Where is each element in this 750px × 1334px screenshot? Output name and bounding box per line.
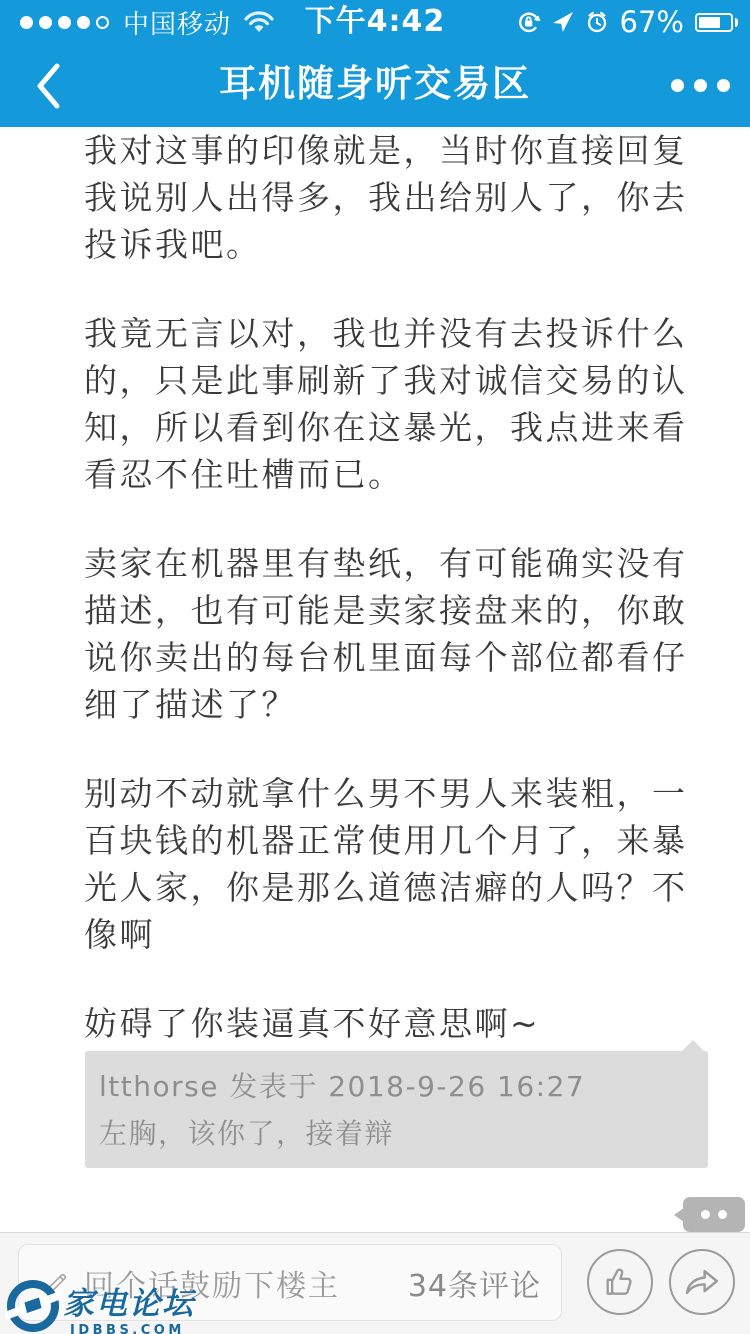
reply-input[interactable]: 回个话鼓励下楼主 34条评论 — [18, 1244, 562, 1321]
more-menu-button[interactable] — [661, 44, 730, 127]
post-paragraph: 卖家在机器里有垫纸，有可能确实没有描述，也有可能是卖家接盘来的，你敢说你卖出的每… — [84, 540, 694, 728]
like-button[interactable] — [587, 1249, 653, 1315]
quote-author-timestamp: ltthorse 发表于 2018-9-26 16:27 — [99, 1070, 698, 1104]
signal-dot-icon — [39, 16, 52, 29]
quoted-reply[interactable]: ltthorse 发表于 2018-9-26 16:27 左胸，该你了，接着辩 — [85, 1051, 708, 1168]
post-paragraph: 我对这事的印像就是，当时你直接回复我说别人出得多，我出给别人了，你去投诉我吧。 — [84, 127, 694, 268]
location-icon — [552, 11, 574, 33]
ellipsis-icon — [717, 79, 730, 92]
page-title: 耳机随身听交易区 — [0, 44, 750, 127]
wifi-icon — [243, 10, 275, 34]
quote-text: 左胸，该你了，接着辩 — [99, 1117, 698, 1151]
thumbs-up-icon — [600, 1262, 640, 1302]
status-left: 中国移动 — [20, 4, 275, 41]
bubble-dot-icon — [718, 1210, 727, 1219]
chevron-left-icon — [33, 61, 63, 111]
alarm-icon — [585, 10, 609, 34]
post-paragraph: 我竟无言以对，我也并没有去投诉什么的，只是此事刷新了我对诚信交易的认知，所以看到… — [84, 310, 694, 498]
bubble-dot-icon — [701, 1210, 710, 1219]
bottom-bar: 回个话鼓励下楼主 34条评论 — [0, 1232, 750, 1334]
battery-percent-label: 67% — [620, 5, 684, 39]
post-paragraph: 别动不动就拿什么男不男人来装粗，一百块钱的机器正常使用几个月了，来暴光人家，你是… — [84, 770, 694, 958]
status-bar: 中国移动 下午4:42 — [0, 0, 750, 44]
comment-count[interactable]: 34条评论 — [408, 1261, 541, 1305]
orientation-lock-icon — [516, 10, 541, 35]
quote-notch — [682, 1040, 704, 1051]
pencil-icon — [45, 1271, 69, 1295]
signal-dot-icon — [20, 16, 33, 29]
comment-bubble-button[interactable] — [683, 1197, 745, 1232]
app-screen: 中国移动 下午4:42 — [0, 0, 750, 1334]
signal-dot-icon — [58, 16, 71, 29]
ellipsis-icon — [694, 79, 707, 92]
carrier-label: 中国移动 — [123, 4, 231, 41]
back-button[interactable] — [26, 58, 70, 114]
share-arrow-icon — [681, 1261, 723, 1303]
nav-bar: 耳机随身听交易区 — [0, 44, 750, 127]
signal-dot-empty-icon — [96, 16, 109, 29]
share-button[interactable] — [669, 1249, 735, 1315]
battery-icon — [695, 13, 738, 32]
ellipsis-icon — [671, 79, 684, 92]
reply-placeholder: 回个话鼓励下楼主 — [84, 1261, 340, 1305]
post-paragraph: 妨碍了你装逼真不好意思啊~ — [84, 1000, 694, 1047]
post-content: 我对这事的印像就是，当时你直接回复我说别人出得多，我出给别人了，你去投诉我吧。 … — [84, 127, 694, 1168]
signal-dot-icon — [77, 16, 90, 29]
status-right: 67% — [505, 0, 738, 44]
